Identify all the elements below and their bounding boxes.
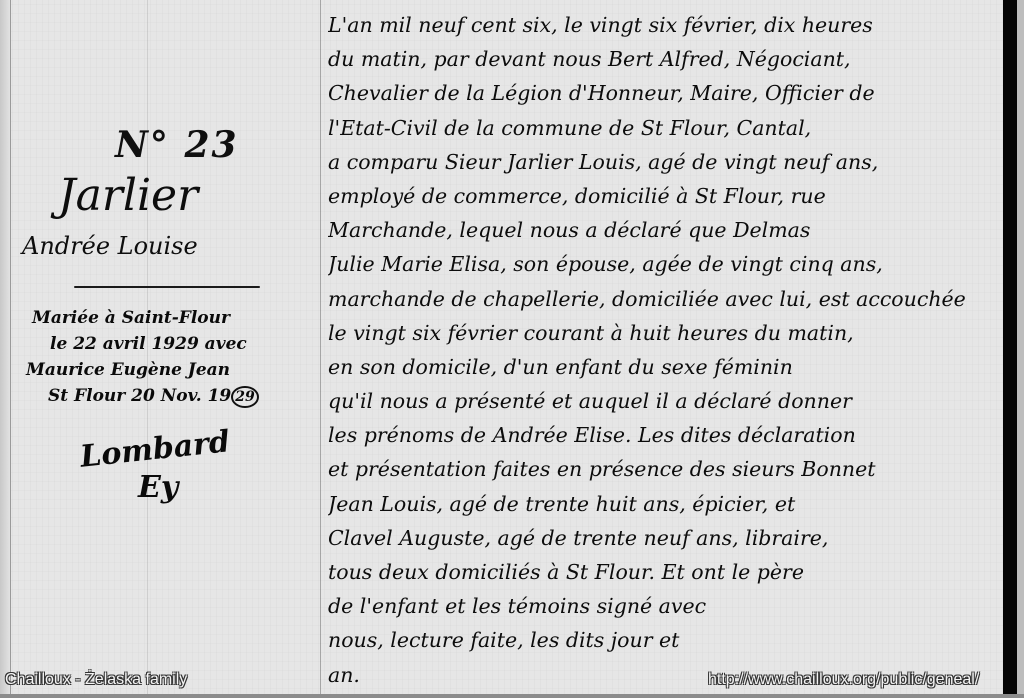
- name-underline: [74, 286, 260, 288]
- body-line: en son domicile, d'un enfant du sexe fém…: [328, 350, 1008, 384]
- record-body: L'an mil neuf cent six, le vingt six fév…: [328, 8, 1008, 692]
- body-line: nous, lecture faite, les dits jour et: [328, 623, 1008, 657]
- act-number: N° 23: [115, 124, 239, 166]
- scan-bottom-edge: [0, 694, 1024, 698]
- marriage-note-line: le 22 avril 1929 avec: [26, 331, 316, 357]
- officer-signature: Lombard: [79, 424, 232, 474]
- page-left-edge: [0, 0, 11, 698]
- scan-right-border: [1003, 0, 1017, 698]
- marriage-note-line: Maurice Eugène Jean: [26, 357, 316, 383]
- body-line: Chevalier de la Légion d'Honneur, Maire,…: [328, 76, 1008, 110]
- body-line: Marchande, lequel nous a déclaré que Del…: [328, 213, 1008, 247]
- scan-right-strip: [1017, 0, 1024, 698]
- circled-year-digits: 29: [231, 386, 258, 408]
- scanned-register-page: N° 23 Jarlier Andrée Louise Mariée à Sai…: [0, 0, 1024, 698]
- body-line: Julie Marie Elisa, son épouse, agée de v…: [328, 247, 1008, 281]
- marriage-note-line: St Flour 20 Nov. 1929: [26, 383, 316, 409]
- body-line: qu'il nous a présenté et auquel il a déc…: [328, 384, 1008, 418]
- marriage-note: Mariée à Saint-Flour le 22 avril 1929 av…: [26, 305, 316, 409]
- body-line: Clavel Auguste, agé de trente neuf ans, …: [328, 521, 1008, 555]
- body-line: tous deux domiciliés à St Flour. Et ont …: [328, 555, 1008, 589]
- body-line: les prénoms de Andrée Elise. Les dites d…: [328, 418, 1008, 452]
- body-line: le vingt six février courant à huit heur…: [328, 316, 1008, 350]
- signature-paraph: Ey: [138, 470, 178, 505]
- body-line: de l'enfant et les témoins signé avec: [328, 589, 1008, 623]
- body-line: et présentation faites en présence des s…: [328, 452, 1008, 486]
- marriage-note-line: Mariée à Saint-Flour: [26, 305, 316, 331]
- margin-surname: Jarlier: [58, 170, 198, 221]
- margin-column-rule: [320, 0, 321, 698]
- body-line: employé de commerce, domicilié à St Flou…: [328, 179, 1008, 213]
- url-watermark: http://www.chailloux.org/public/geneal/: [708, 671, 979, 689]
- body-line: L'an mil neuf cent six, le vingt six fév…: [328, 8, 1008, 42]
- body-line: Jean Louis, agé de trente huit ans, épic…: [328, 487, 1008, 521]
- family-watermark: Chailloux - Żelaska family: [5, 671, 187, 689]
- body-line: marchande de chapellerie, domiciliée ave…: [328, 282, 1008, 316]
- marriage-note-place-date: St Flour 20 Nov. 19: [48, 386, 231, 406]
- body-line: du matin, par devant nous Bert Alfred, N…: [328, 42, 1008, 76]
- body-line: l'Etat-Civil de la commune de St Flour, …: [328, 111, 1008, 145]
- margin-given-names: Andrée Louise: [22, 232, 198, 260]
- body-line: a comparu Sieur Jarlier Louis, agé de vi…: [328, 145, 1008, 179]
